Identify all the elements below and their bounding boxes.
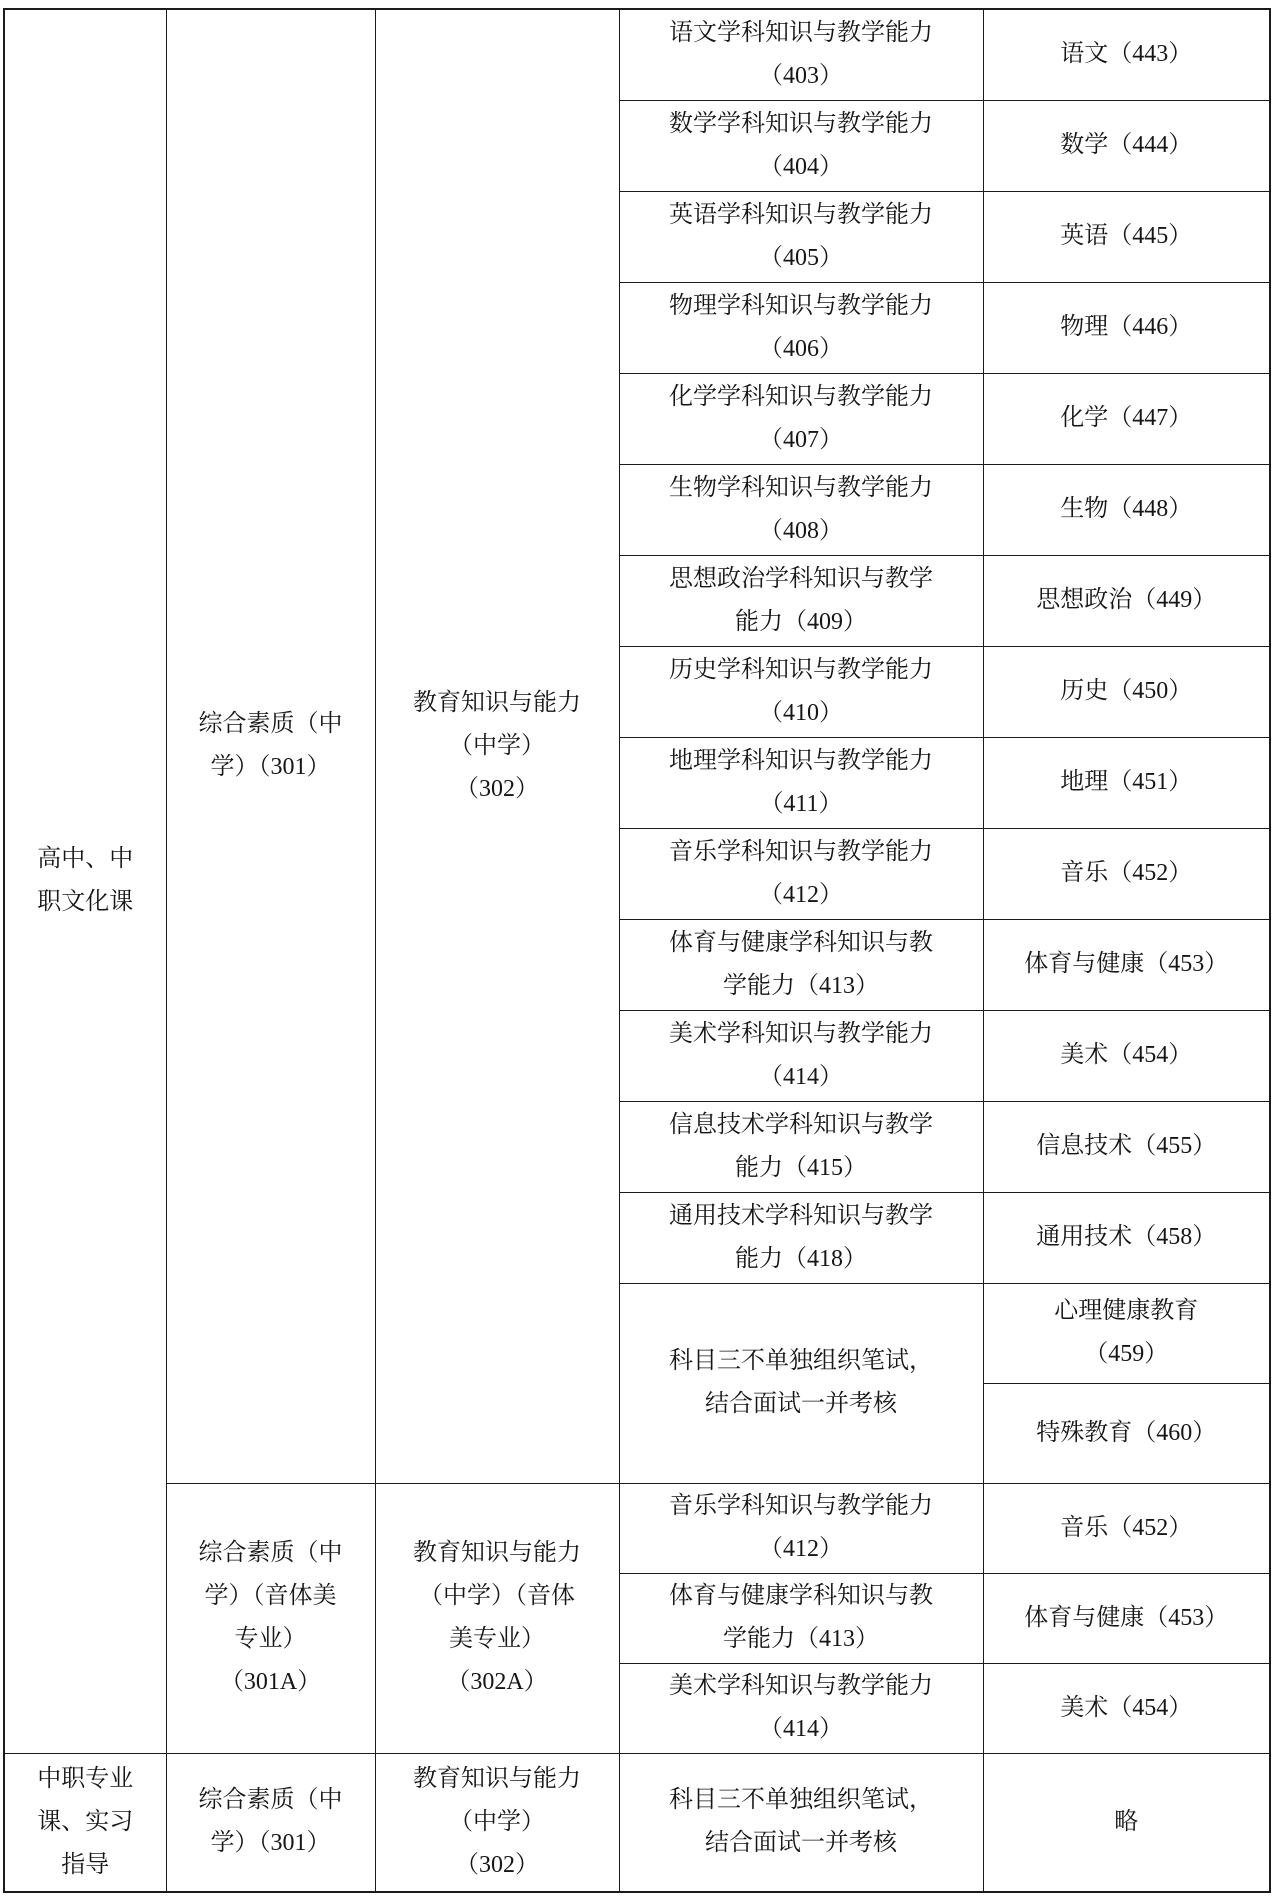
- exam-cell-412: 音乐学科知识与教学能力（412）: [619, 828, 983, 919]
- subject1-cell-301A: 综合素质（中学）（音体美专业）（301A）: [166, 1483, 375, 1753]
- exam-cell-404: 数学学科知识与教学能力（404）: [619, 100, 983, 191]
- category-cell-vocational: 中职专业课、实习指导: [4, 1753, 166, 1892]
- exam-cell-no-written-test-vocational: 科目三不单独组织笔试，结合面试一并考核: [619, 1753, 983, 1892]
- exam-cell-412-arts: 音乐学科知识与教学能力（412）: [619, 1483, 983, 1573]
- interview-cell-444: 数学（444）: [983, 100, 1270, 191]
- table-row: 高中、中职文化课 综合素质（中学）（301） 教育知识与能力（中学）（302） …: [4, 9, 1270, 100]
- interview-cell-455: 信息技术（455）: [983, 1101, 1270, 1192]
- exam-cell-no-written-test: 科目三不单独组织笔试，结合面试一并考核: [619, 1283, 983, 1483]
- subject2-cell-302A: 教育知识与能力（中学）（音体美专业）（302A）: [375, 1483, 619, 1753]
- exam-cell-408: 生物学科知识与教学能力（408）: [619, 464, 983, 555]
- exam-cell-414: 美术学科知识与教学能力（414）: [619, 1010, 983, 1101]
- table-row: 中职专业课、实习指导 综合素质（中学）（301） 教育知识与能力（中学）（302…: [4, 1753, 1270, 1892]
- interview-cell-445: 英语（445）: [983, 191, 1270, 282]
- interview-cell-450: 历史（450）: [983, 646, 1270, 737]
- subject1-cell-301: 综合素质（中学）（301）: [166, 9, 375, 1483]
- interview-cell-454-arts: 美术（454）: [983, 1663, 1270, 1753]
- exam-cell-405: 英语学科知识与教学能力（405）: [619, 191, 983, 282]
- interview-cell-449: 思想政治（449）: [983, 555, 1270, 646]
- interview-cell-453-arts: 体育与健康（453）: [983, 1573, 1270, 1663]
- interview-cell-448: 生物（448）: [983, 464, 1270, 555]
- category-cell-highschool: 高中、中职文化课: [4, 9, 166, 1753]
- exam-subjects-table: 高中、中职文化课 综合素质（中学）（301） 教育知识与能力（中学）（302） …: [3, 8, 1271, 1893]
- exam-cell-407: 化学学科知识与教学能力（407）: [619, 373, 983, 464]
- interview-cell-447: 化学（447）: [983, 373, 1270, 464]
- interview-cell-452-arts: 音乐（452）: [983, 1483, 1270, 1573]
- interview-cell-446: 物理（446）: [983, 282, 1270, 373]
- interview-cell-443: 语文（443）: [983, 9, 1270, 100]
- exam-cell-415: 信息技术学科知识与教学能力（415）: [619, 1101, 983, 1192]
- subject1-cell-301-vocational: 综合素质（中学）（301）: [166, 1753, 375, 1892]
- exam-cell-413: 体育与健康学科知识与教学能力（413）: [619, 919, 983, 1010]
- interview-cell-451: 地理（451）: [983, 737, 1270, 828]
- exam-cell-414-arts: 美术学科知识与教学能力（414）: [619, 1663, 983, 1753]
- exam-cell-410: 历史学科知识与教学能力（410）: [619, 646, 983, 737]
- exam-cell-409: 思想政治学科知识与教学能力（409）: [619, 555, 983, 646]
- exam-cell-418: 通用技术学科知识与教学能力（418）: [619, 1192, 983, 1283]
- interview-cell-460: 特殊教育（460）: [983, 1383, 1270, 1483]
- subject2-cell-302-vocational: 教育知识与能力（中学）（302）: [375, 1753, 619, 1892]
- interview-cell-452: 音乐（452）: [983, 828, 1270, 919]
- exam-cell-403: 语文学科知识与教学能力（403）: [619, 9, 983, 100]
- exam-cell-413-arts: 体育与健康学科知识与教学能力（413）: [619, 1573, 983, 1663]
- interview-cell-454: 美术（454）: [983, 1010, 1270, 1101]
- interview-cell-458: 通用技术（458）: [983, 1192, 1270, 1283]
- interview-cell-459: 心理健康教育（459）: [983, 1283, 1270, 1383]
- exam-cell-406: 物理学科知识与教学能力（406）: [619, 282, 983, 373]
- subject2-cell-302: 教育知识与能力（中学）（302）: [375, 9, 619, 1483]
- table-row: 综合素质（中学）（音体美专业）（301A） 教育知识与能力（中学）（音体美专业）…: [4, 1483, 1270, 1573]
- interview-cell-omitted: 略: [983, 1753, 1270, 1892]
- exam-cell-411: 地理学科知识与教学能力（411）: [619, 737, 983, 828]
- interview-cell-453: 体育与健康（453）: [983, 919, 1270, 1010]
